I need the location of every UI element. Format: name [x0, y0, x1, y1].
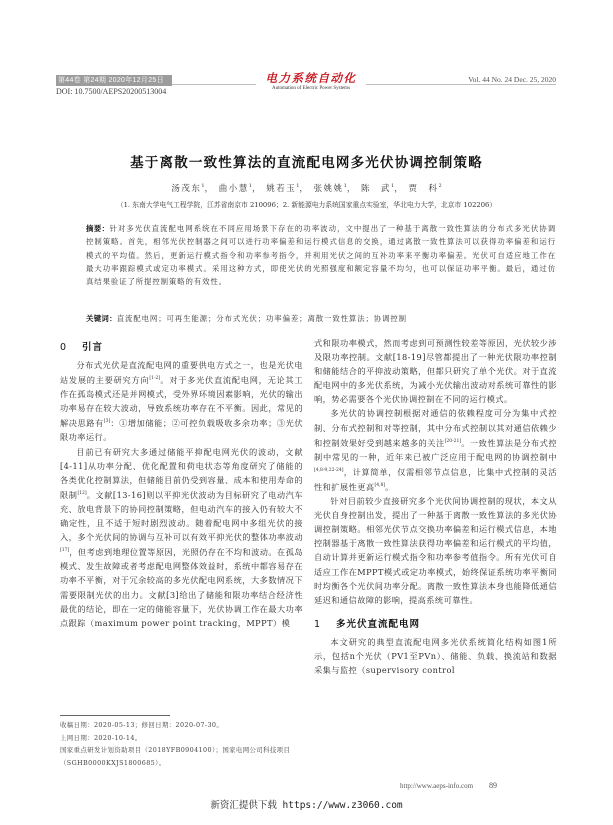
- journal-url[interactable]: http://www.aeps-info.com: [400, 782, 473, 790]
- citation: [12]: [77, 491, 86, 496]
- author: 汤茂东: [171, 184, 201, 194]
- section-number: 1: [314, 617, 336, 633]
- section-title: 多光伏直流配电网: [336, 619, 420, 630]
- paragraph: 针对目前较少直接研究多个光伏间协调控制的现状，本文从光伏自身控制出发，提出了一种…: [314, 494, 557, 607]
- paragraph: 多光伏的协调控制根据对通信的依赖程度可分为集中式控制、分布式控制和对等控制，其中…: [314, 406, 557, 494]
- issue-badge: 第44卷 第24期 2020年12月25日: [56, 75, 172, 86]
- citation: [20-21]: [445, 439, 461, 444]
- paragraph-text: 本文研究的典型直流配电网多光伏系统简化结构如图1所示，包括n个光伏（PV1至PV…: [314, 637, 557, 675]
- keywords-text: 直流配电网；可再生能源；分布式光伏；功率偏差；离散一致性算法；协调控制: [117, 314, 407, 323]
- author: 姚若玉: [266, 184, 296, 194]
- abstract-label: 摘要：: [86, 224, 109, 233]
- affiliations: （1. 东南大学电气工程学院，江苏省南京市 210096；2. 新能源电力系统国…: [0, 199, 613, 209]
- citation: [17]: [60, 548, 69, 553]
- author: 陈 武: [361, 184, 391, 194]
- paragraph-text: ，但考虑到地理位置等原因，光照仍存在不均和波动。在孤岛模式、发生故障或者考虑配电…: [60, 547, 303, 627]
- body-column-left: 0引言 分布式光伏是直流配电网的重要供电方式之一，也是光伏电站发展的主要研究方向…: [60, 340, 303, 630]
- author: 曲小慧: [219, 184, 249, 194]
- download-watermark: 新资汇提供下载 https://www.z3060.com: [0, 797, 613, 811]
- abstract: 摘要：针对多光伏直流配电网系统在不同应用场景下存在的功率波动，文中提出了一种基于…: [86, 222, 556, 288]
- author: 张姚姚: [314, 184, 344, 194]
- page-number: 89: [489, 781, 497, 790]
- paragraph: 分布式光伏是直流配电网的重要供电方式之一，也是光伏电站发展的主要研究方向[1-2…: [60, 358, 303, 445]
- paragraph: 式和限功率模式，然而考虑到可预测性较差等原因，光伏较少涉及限功率控制。文献[18…: [314, 336, 557, 406]
- section-heading-multi-pv-dc-grid: 1多光伏直流配电网: [314, 617, 557, 633]
- body-column-right: 式和限功率模式，然而考虑到可预测性较差等原因，光伏较少涉及限功率控制。文献[18…: [314, 336, 557, 677]
- footnote-rule: [60, 715, 170, 716]
- section-heading-introduction: 0引言: [60, 340, 303, 356]
- paper-title: 基于离散一致性算法的直流配电网多光伏协调控制策略: [0, 151, 613, 171]
- citation: [1-2]: [149, 376, 160, 381]
- author-list: 汤茂东1， 曲小慧1， 姚若玉1， 张姚姚1， 陈 武1， 贾 科2: [0, 182, 613, 194]
- paragraph: 本文研究的典型直流配电网多光伏系统简化结构如图1所示，包括n个光伏（PV1至PV…: [314, 635, 557, 677]
- journal-logo: 电力系统自动化 Automation of Electric Power Sys…: [256, 72, 366, 92]
- page-footer: http://www.aeps-info.com89: [400, 781, 497, 790]
- paragraph-text: 。文献[13-16]则以平抑光伏波动为目标研究了电动汽车充、放电背景下的协同控制…: [60, 490, 303, 542]
- footnote-funding: 国家重点研发计划资助项目（2018YFB0904100）；国家电网公司科技项目（…: [60, 744, 303, 769]
- keywords-label: 关键词：: [86, 314, 117, 323]
- paragraph-text: 针对目前较少直接研究多个光伏间协调控制的现状，本文从光伏自身控制出发，提出了一种…: [314, 496, 557, 605]
- keywords: 关键词：直流配电网；可再生能源；分布式光伏；功率偏差；离散一致性算法；协调控制: [86, 312, 556, 325]
- section-number: 0: [60, 340, 82, 356]
- citation: [4,8-9,22-24]: [314, 468, 343, 473]
- volume-info: Vol. 44 No. 24 Dec. 25, 2020: [468, 75, 556, 84]
- author-affiliation-mark: 2: [438, 183, 441, 189]
- paragraph: 目前已有研究大多通过储能平抑配电网光伏的波动，文献[4-11]从功率分配、优化配…: [60, 445, 303, 630]
- citation: [4,8]: [374, 483, 385, 488]
- footnote-online-date: 上网日期：2020-10-14。: [60, 732, 303, 745]
- journal-header: 第44卷 第24期 2020年12月25日 DOI: 10.7500/AEPS2…: [56, 73, 556, 101]
- abstract-text: 针对多光伏直流配电网系统在不同应用场景下存在的功率波动，文中提出了一种基于离散一…: [86, 224, 556, 286]
- doi: DOI: 10.7500/AEPS20200513004: [56, 87, 166, 96]
- footnotes: 收稿日期：2020-05-13；修回日期：2020-07-30。 上网日期：20…: [60, 719, 303, 769]
- journal-name-en: Automation of Electric Power Systems: [256, 85, 366, 92]
- paragraph-text: 式和限功率模式，然而考虑到可预测性较差等原因，光伏较少涉及限功率控制。文献[18…: [314, 338, 557, 404]
- paragraph-text: 。: [385, 482, 394, 492]
- journal-name-cn: 电力系统自动化: [256, 72, 366, 85]
- section-title: 引言: [82, 342, 103, 353]
- paragraph-text: ，计算简单，仅需相邻节点信息，比集中式控制的灵活性和扩展性更高: [314, 467, 557, 492]
- author: 贾 科: [408, 184, 438, 194]
- footnote-received-date: 收稿日期：2020-05-13；修回日期：2020-07-30。: [60, 719, 303, 732]
